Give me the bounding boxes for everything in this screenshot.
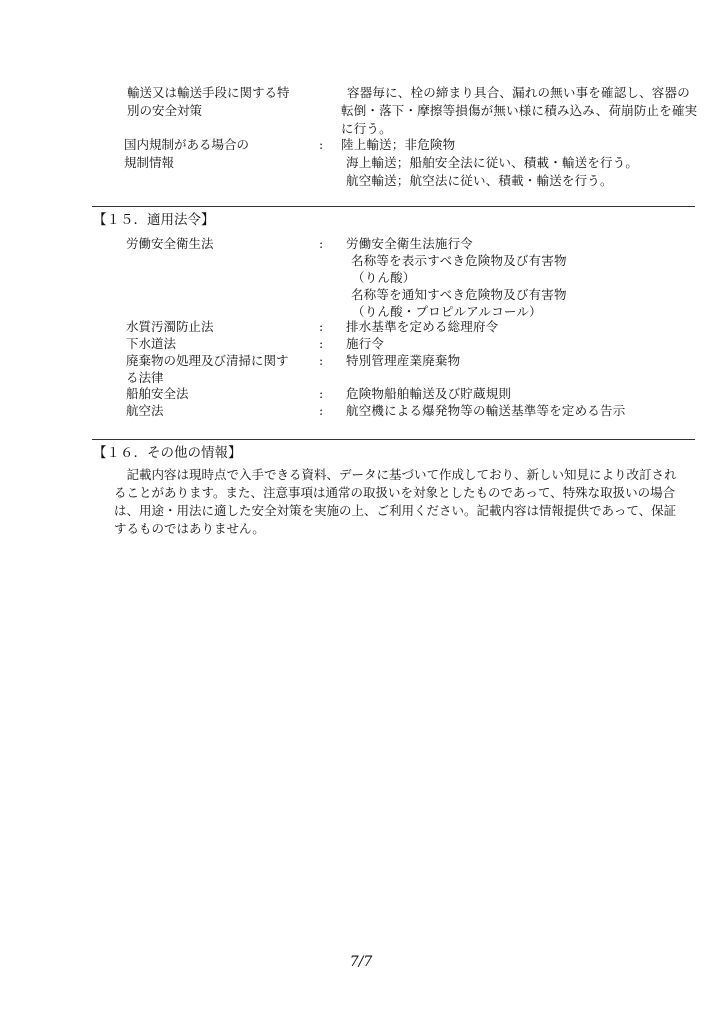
domestic-regulation-colon: : [319, 136, 323, 154]
sds-page: 輸送又は輸送手段に関する特 別の安全対策 容器毎に、栓の締まり具合、漏れの無い事… [0, 0, 722, 1024]
law-colon: : [319, 402, 323, 420]
law-value-line: 航空機による爆発物等の輸送基準等を定める告示 [346, 402, 625, 420]
domestic-regulation-value-line1: 陸上輸送；非危険物 [341, 136, 455, 154]
other-info-paragraph: 記載内容は現時点で入手できる資料、データに基づいて作成しており、新しい知見により… [114, 466, 698, 538]
law-value-line: 施行令 [346, 335, 384, 353]
domestic-regulation-label-line1: 国内規制がある場合の [124, 136, 249, 154]
transport-special-measures-label-line1: 輸送又は輸送手段に関する特 [127, 84, 290, 102]
law-label-industrial-safety: 労働安全衛生法 [126, 235, 214, 253]
law-value-line: 排水基準を定める総理府令 [346, 318, 498, 336]
law-value-line: 危険物船舶輸送及び貯蔵規則 [346, 385, 511, 403]
law-colon: : [319, 335, 323, 353]
law-value-line: 労働安全衛生法施行令 [346, 235, 473, 253]
law-value-line: （りん酸） [352, 269, 416, 287]
law-value-line: 名称等を表示すべき危険物及び有害物 [351, 252, 567, 270]
law-colon: : [319, 352, 323, 370]
transport-special-measures-label-line2: 別の安全対策 [127, 102, 202, 120]
section15-heading: 【１５．適用法令】 [93, 211, 215, 229]
law-label-water-pollution: 水質汚濁防止法 [126, 318, 214, 336]
law-value-line: 特別管理産業廃棄物 [346, 352, 460, 370]
paragraph-line: するものではありません。 [114, 520, 698, 538]
paragraph-line: ることがあります。また、注意事項は通常の取扱いを対象としたものであって、特殊な取… [114, 484, 698, 502]
law-label-ship-safety: 船舶安全法 [126, 385, 189, 403]
law-value-line: 名称等を通知すべき危険物及び有害物 [351, 286, 567, 304]
law-colon: : [319, 385, 323, 403]
law-colon: : [319, 318, 323, 336]
paragraph-line: 記載内容は現時点で入手できる資料、データに基づいて作成しており、新しい知見により… [114, 466, 698, 484]
domestic-regulation-value-line3: 航空輸送；航空法に従い、積載・輸送を行う。 [346, 172, 613, 190]
section-divider [92, 439, 695, 440]
domestic-regulation-value-line2: 海上輸送；船舶安全法に従い、積載・輸送を行う。 [346, 154, 638, 172]
page-number: 7/7 [0, 954, 722, 970]
section16-heading: 【１６．その他の情報】 [93, 444, 242, 462]
law-colon: : [319, 235, 323, 253]
section-divider [92, 206, 695, 207]
transport-special-measures-value-line1: 容器毎に、栓の締まり具合、漏れの無い事を確認し、容器の [347, 84, 690, 102]
law-label-waste-disposal-line1: 廃棄物の処理及び清掃に関す [126, 352, 289, 370]
transport-special-measures-value-line2: 転倒・落下・摩擦等損傷が無い様に積み込み、荷崩防止を確実 [341, 102, 697, 120]
domestic-regulation-label-line2: 規制情報 [124, 154, 174, 172]
law-label-aviation: 航空法 [126, 402, 164, 420]
law-label-sewerage: 下水道法 [126, 335, 176, 353]
paragraph-line: は、用途・用法に適した安全対策を実施の上、ご利用ください。記載内容は情報提供であ… [114, 502, 698, 520]
